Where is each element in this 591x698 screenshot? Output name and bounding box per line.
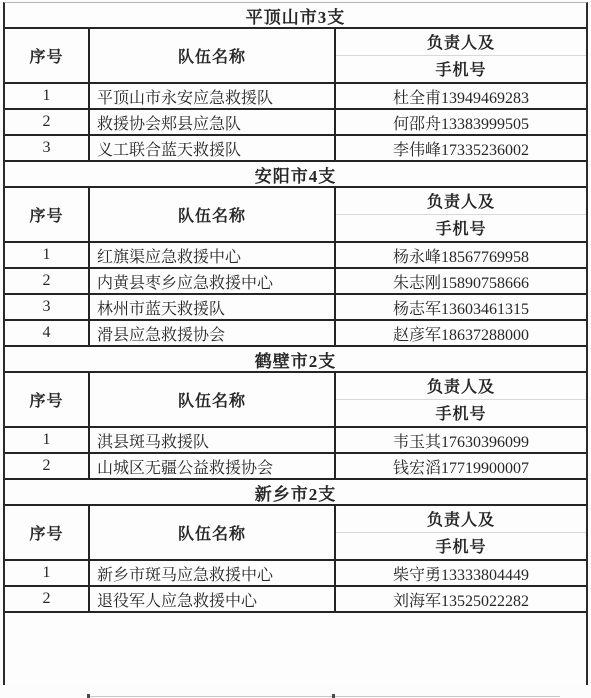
- team-row: 1 平顶山市永安应急救援队 杜全甫13949469283: [5, 84, 586, 110]
- team-row: 1 新乡市斑马应急救援中心 柴守勇13333804449: [5, 561, 586, 587]
- team-name: 林州市蓝天救援队: [90, 295, 336, 319]
- serial-number: 1: [5, 428, 90, 452]
- serial-number: 2: [5, 587, 90, 611]
- partial-border-tick: [332, 694, 335, 698]
- contact-info: 杨志军13603461315: [336, 295, 586, 319]
- header-contact-line2: 手机号: [336, 400, 586, 427]
- header-serial: 序号: [5, 373, 90, 426]
- contact-info: 钱宏滔17719900007: [336, 454, 586, 478]
- team-row: 2 内黄县枣乡应急救援中心 朱志刚15890758666: [5, 269, 586, 295]
- team-name: 红旗渠应急救援中心: [90, 243, 336, 267]
- city-title-pingdingshan: 平顶山市3支: [5, 3, 586, 29]
- header-team-name: 队伍名称: [90, 373, 336, 426]
- team-name: 救援协会郏县应急队: [90, 110, 336, 134]
- serial-number: 1: [5, 84, 90, 108]
- city-title-hebi: 鹤壁市2支: [5, 347, 586, 373]
- team-row: 3 林州市蓝天救援队 杨志军13603461315: [5, 295, 586, 321]
- contact-info: 赵彦军18637288000: [336, 321, 586, 345]
- team-row: 4 滑县应急救援协会 赵彦军18637288000: [5, 321, 586, 347]
- team-name: 平顶山市永安应急救援队: [90, 84, 336, 108]
- partial-border-line: [88, 696, 560, 697]
- header-contact-line2: 手机号: [336, 215, 586, 242]
- partial-border-tick: [87, 694, 90, 698]
- team-name: 山城区无疆公益救援协会: [90, 454, 336, 478]
- rescue-teams-document: 平顶山市3支 序号 队伍名称 负责人及 手机号 1 平顶山市永安应急救援队 杜全…: [0, 0, 591, 698]
- header-contact: 负责人及 手机号: [336, 188, 586, 241]
- header-team-name: 队伍名称: [90, 188, 336, 241]
- contact-info: 杜全甫13949469283: [336, 84, 586, 108]
- team-name: 退役军人应急救援中心: [90, 587, 336, 611]
- contact-info: 何邵舟13383999505: [336, 110, 586, 134]
- team-row: 2 退役军人应急救援中心 刘海军13525022282: [5, 587, 586, 613]
- header-contact-line2: 手机号: [336, 56, 586, 83]
- contact-info: 刘海军13525022282: [336, 587, 586, 611]
- header-team-name: 队伍名称: [90, 506, 336, 559]
- city-title-xinxiang: 新乡市2支: [5, 480, 586, 506]
- table-header-row: 序号 队伍名称 负责人及 手机号: [5, 29, 586, 84]
- header-contact: 负责人及 手机号: [336, 29, 586, 82]
- header-contact-line2: 手机号: [336, 533, 586, 560]
- contact-info: 杨永峰18567769958: [336, 243, 586, 267]
- serial-number: 1: [5, 561, 90, 585]
- team-row: 1 淇县斑马救援队 韦玉其17630396099: [5, 428, 586, 454]
- rescue-teams-table: 平顶山市3支 序号 队伍名称 负责人及 手机号 1 平顶山市永安应急救援队 杜全…: [3, 2, 588, 685]
- header-contact-line1: 负责人及: [336, 506, 586, 533]
- team-row: 2 山城区无疆公益救援协会 钱宏滔17719900007: [5, 454, 586, 480]
- team-name: 义工联合蓝天救援队: [90, 136, 336, 160]
- table-header-row: 序号 队伍名称 负责人及 手机号: [5, 188, 586, 243]
- serial-number: 4: [5, 321, 90, 345]
- serial-number: 1: [5, 243, 90, 267]
- header-serial: 序号: [5, 188, 90, 241]
- team-name: 新乡市斑马应急救援中心: [90, 561, 336, 585]
- next-table-partial-border: [0, 694, 591, 698]
- contact-info: 朱志刚15890758666: [336, 269, 586, 293]
- city-title-anyang: 安阳市4支: [5, 162, 586, 188]
- serial-number: 2: [5, 454, 90, 478]
- header-contact: 负责人及 手机号: [336, 373, 586, 426]
- contact-info: 柴守勇13333804449: [336, 561, 586, 585]
- team-name: 淇县斑马救援队: [90, 428, 336, 452]
- table-header-row: 序号 队伍名称 负责人及 手机号: [5, 373, 586, 428]
- team-row: 1 红旗渠应急救援中心 杨永峰18567769958: [5, 243, 586, 269]
- team-name: 内黄县枣乡应急救援中心: [90, 269, 336, 293]
- header-contact-line1: 负责人及: [336, 188, 586, 215]
- serial-number: 2: [5, 110, 90, 134]
- header-contact-line1: 负责人及: [336, 373, 586, 400]
- header-serial: 序号: [5, 29, 90, 82]
- empty-table-area: [5, 613, 586, 685]
- team-name: 滑县应急救援协会: [90, 321, 336, 345]
- table-header-row: 序号 队伍名称 负责人及 手机号: [5, 506, 586, 561]
- team-row: 3 义工联合蓝天救援队 李伟峰17335236002: [5, 136, 586, 162]
- contact-info: 韦玉其17630396099: [336, 428, 586, 452]
- header-serial: 序号: [5, 506, 90, 559]
- contact-info: 李伟峰17335236002: [336, 136, 586, 160]
- serial-number: 3: [5, 295, 90, 319]
- serial-number: 2: [5, 269, 90, 293]
- team-row: 2 救援协会郏县应急队 何邵舟13383999505: [5, 110, 586, 136]
- header-contact: 负责人及 手机号: [336, 506, 586, 559]
- serial-number: 3: [5, 136, 90, 160]
- header-team-name: 队伍名称: [90, 29, 336, 82]
- header-contact-line1: 负责人及: [336, 29, 586, 56]
